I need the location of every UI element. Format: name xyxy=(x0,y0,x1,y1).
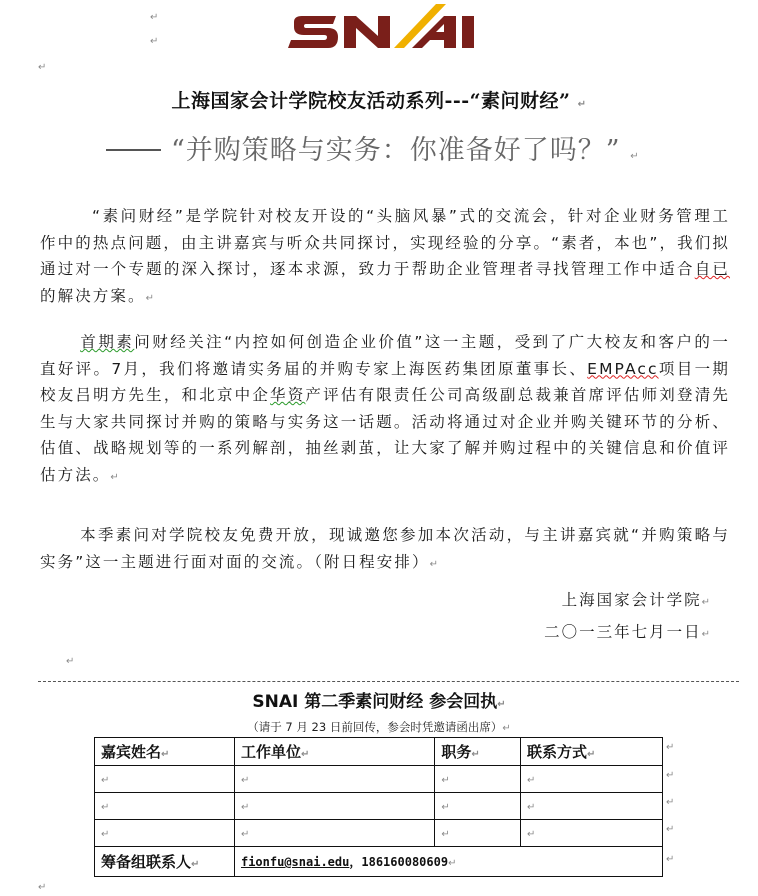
paragraph-mark: ↵ xyxy=(66,656,74,667)
contact-cell[interactable]: ↵ xyxy=(520,820,662,847)
column-header-position: 职务↵ xyxy=(435,738,521,766)
paragraph-text: “素问财经”是学院针对校友开设的“头脑风暴”式的交流会，针对企业财务管理工作中的… xyxy=(40,207,730,278)
signature-org: 上海国家会计学院↵ xyxy=(562,588,712,610)
reply-form-note: （请于 7 月 23 日前回传，参会时凭邀请函出席）↵ xyxy=(0,719,758,735)
invitation-paragraph: 本季素问对学院校友免费开放，现诚邀您参加本次活动，与主讲嘉宾就“并购策略与实务”… xyxy=(40,522,730,578)
work-unit-cell[interactable]: ↵ xyxy=(234,820,434,847)
paragraph-mark: ↵ xyxy=(38,62,46,73)
paragraph-mark: ↵ xyxy=(702,597,712,608)
paragraph-text: 的解决方案。 xyxy=(40,287,146,305)
contact-email-link[interactable]: fionfu@snai.edu xyxy=(241,855,349,869)
event-paragraph: 首期素问财经关注“内控如何创造企业价值”这一主题，受到了广大校友和客户的一直好评… xyxy=(40,329,730,491)
guest-name-cell[interactable]: ↵ xyxy=(95,766,235,793)
em-dash-line xyxy=(106,149,161,151)
organizer-contact-row: 筹备组联系人↵ fionfu@snai.edu，186160080609↵ xyxy=(95,847,663,877)
table-row: ↵ ↵ ↵ ↵ xyxy=(95,766,663,793)
cut-line-separator xyxy=(38,681,739,682)
intro-paragraph: “素问财经”是学院针对校友开设的“头脑风暴”式的交流会，针对企业财务管理工作中的… xyxy=(40,203,730,312)
date-text: 二〇一三年七月一日 xyxy=(544,623,702,641)
paragraph-mark: ↵ xyxy=(502,723,510,734)
reply-title-text: SNAI 第二季素问财经 参会回执 xyxy=(252,692,497,712)
work-unit-cell[interactable]: ↵ xyxy=(234,766,434,793)
organizer-contact-label: 筹备组联系人↵ xyxy=(95,847,235,877)
guest-name-cell[interactable]: ↵ xyxy=(95,820,235,847)
grammar-flag: 首期素 xyxy=(80,333,134,351)
paragraph-mark: ↵ xyxy=(110,472,120,483)
reply-form-title: SNAI 第二季素问财经 参会回执↵ xyxy=(0,687,758,712)
paragraph-text: 本季素问对学院校友免费开放，现诚邀您参加本次活动，与主讲嘉宾就“并购策略与实务”… xyxy=(40,526,730,571)
table-row: ↵ ↵ ↵ ↵ xyxy=(95,793,663,820)
position-cell[interactable]: ↵ xyxy=(435,793,521,820)
grammar-flag: 华资 xyxy=(270,386,305,404)
paragraph-mark: ↵ xyxy=(150,12,158,23)
reply-note-text: （请于 7 月 23 日前回传，参会时凭邀请函出席） xyxy=(247,720,502,734)
spellcheck-flag: 自已 xyxy=(695,260,730,278)
paragraph-mark: ↵ xyxy=(497,699,505,710)
work-unit-cell[interactable]: ↵ xyxy=(234,793,434,820)
guest-name-cell[interactable]: ↵ xyxy=(95,793,235,820)
row-end-mark: ↵ xyxy=(666,824,674,835)
document-subtitle: “并购策略与实务：你准备好了吗？” ↵ xyxy=(106,128,640,167)
row-end-mark: ↵ xyxy=(666,770,674,781)
table-row: ↵ ↵ ↵ ↵ xyxy=(95,820,663,847)
organizer-contact-value: fionfu@snai.edu，186160080609↵ xyxy=(234,847,662,877)
paragraph-mark: ↵ xyxy=(630,151,639,162)
contact-cell[interactable]: ↵ xyxy=(520,766,662,793)
row-end-mark: ↵ xyxy=(666,742,674,753)
position-cell[interactable]: ↵ xyxy=(435,766,521,793)
paragraph-mark: ↵ xyxy=(430,559,440,570)
contact-phone: 186160080609 xyxy=(361,855,448,869)
snai-logo xyxy=(284,4,480,54)
separator: ， xyxy=(349,855,361,869)
column-header-guest-name: 嘉宾姓名↵ xyxy=(95,738,235,766)
signature-date: 二〇一三年七月一日↵ xyxy=(544,620,712,642)
paragraph-mark: ↵ xyxy=(146,293,156,304)
reply-form-table: 嘉宾姓名↵ 工作单位↵ 职务↵ 联系方式↵ ↵ ↵ ↵ ↵ ↵ ↵ ↵ ↵ ↵ … xyxy=(94,737,663,877)
paragraph-mark: ↵ xyxy=(38,882,46,893)
row-end-mark: ↵ xyxy=(666,854,674,865)
org-name: 上海国家会计学院 xyxy=(562,591,702,609)
column-header-contact: 联系方式↵ xyxy=(520,738,662,766)
paragraph-mark: ↵ xyxy=(448,858,456,869)
contact-cell[interactable]: ↵ xyxy=(520,793,662,820)
document-title: 上海国家会计学院校友活动系列---“素问财经” ↵ xyxy=(0,86,758,113)
spellcheck-flag: EMPAcc xyxy=(587,360,659,378)
table-header-row: 嘉宾姓名↵ 工作单位↵ 职务↵ 联系方式↵ xyxy=(95,738,663,766)
subtitle-text: “并购策略与实务：你准备好了吗？” xyxy=(171,135,621,166)
paragraph-mark: ↵ xyxy=(702,629,712,640)
title-text: 上海国家会计学院校友活动系列---“素问财经” xyxy=(171,90,570,112)
column-header-work-unit: 工作单位↵ xyxy=(234,738,434,766)
position-cell[interactable]: ↵ xyxy=(435,820,521,847)
row-end-mark: ↵ xyxy=(666,797,674,808)
paragraph-mark: ↵ xyxy=(578,99,587,110)
paragraph-mark: ↵ xyxy=(150,36,158,47)
